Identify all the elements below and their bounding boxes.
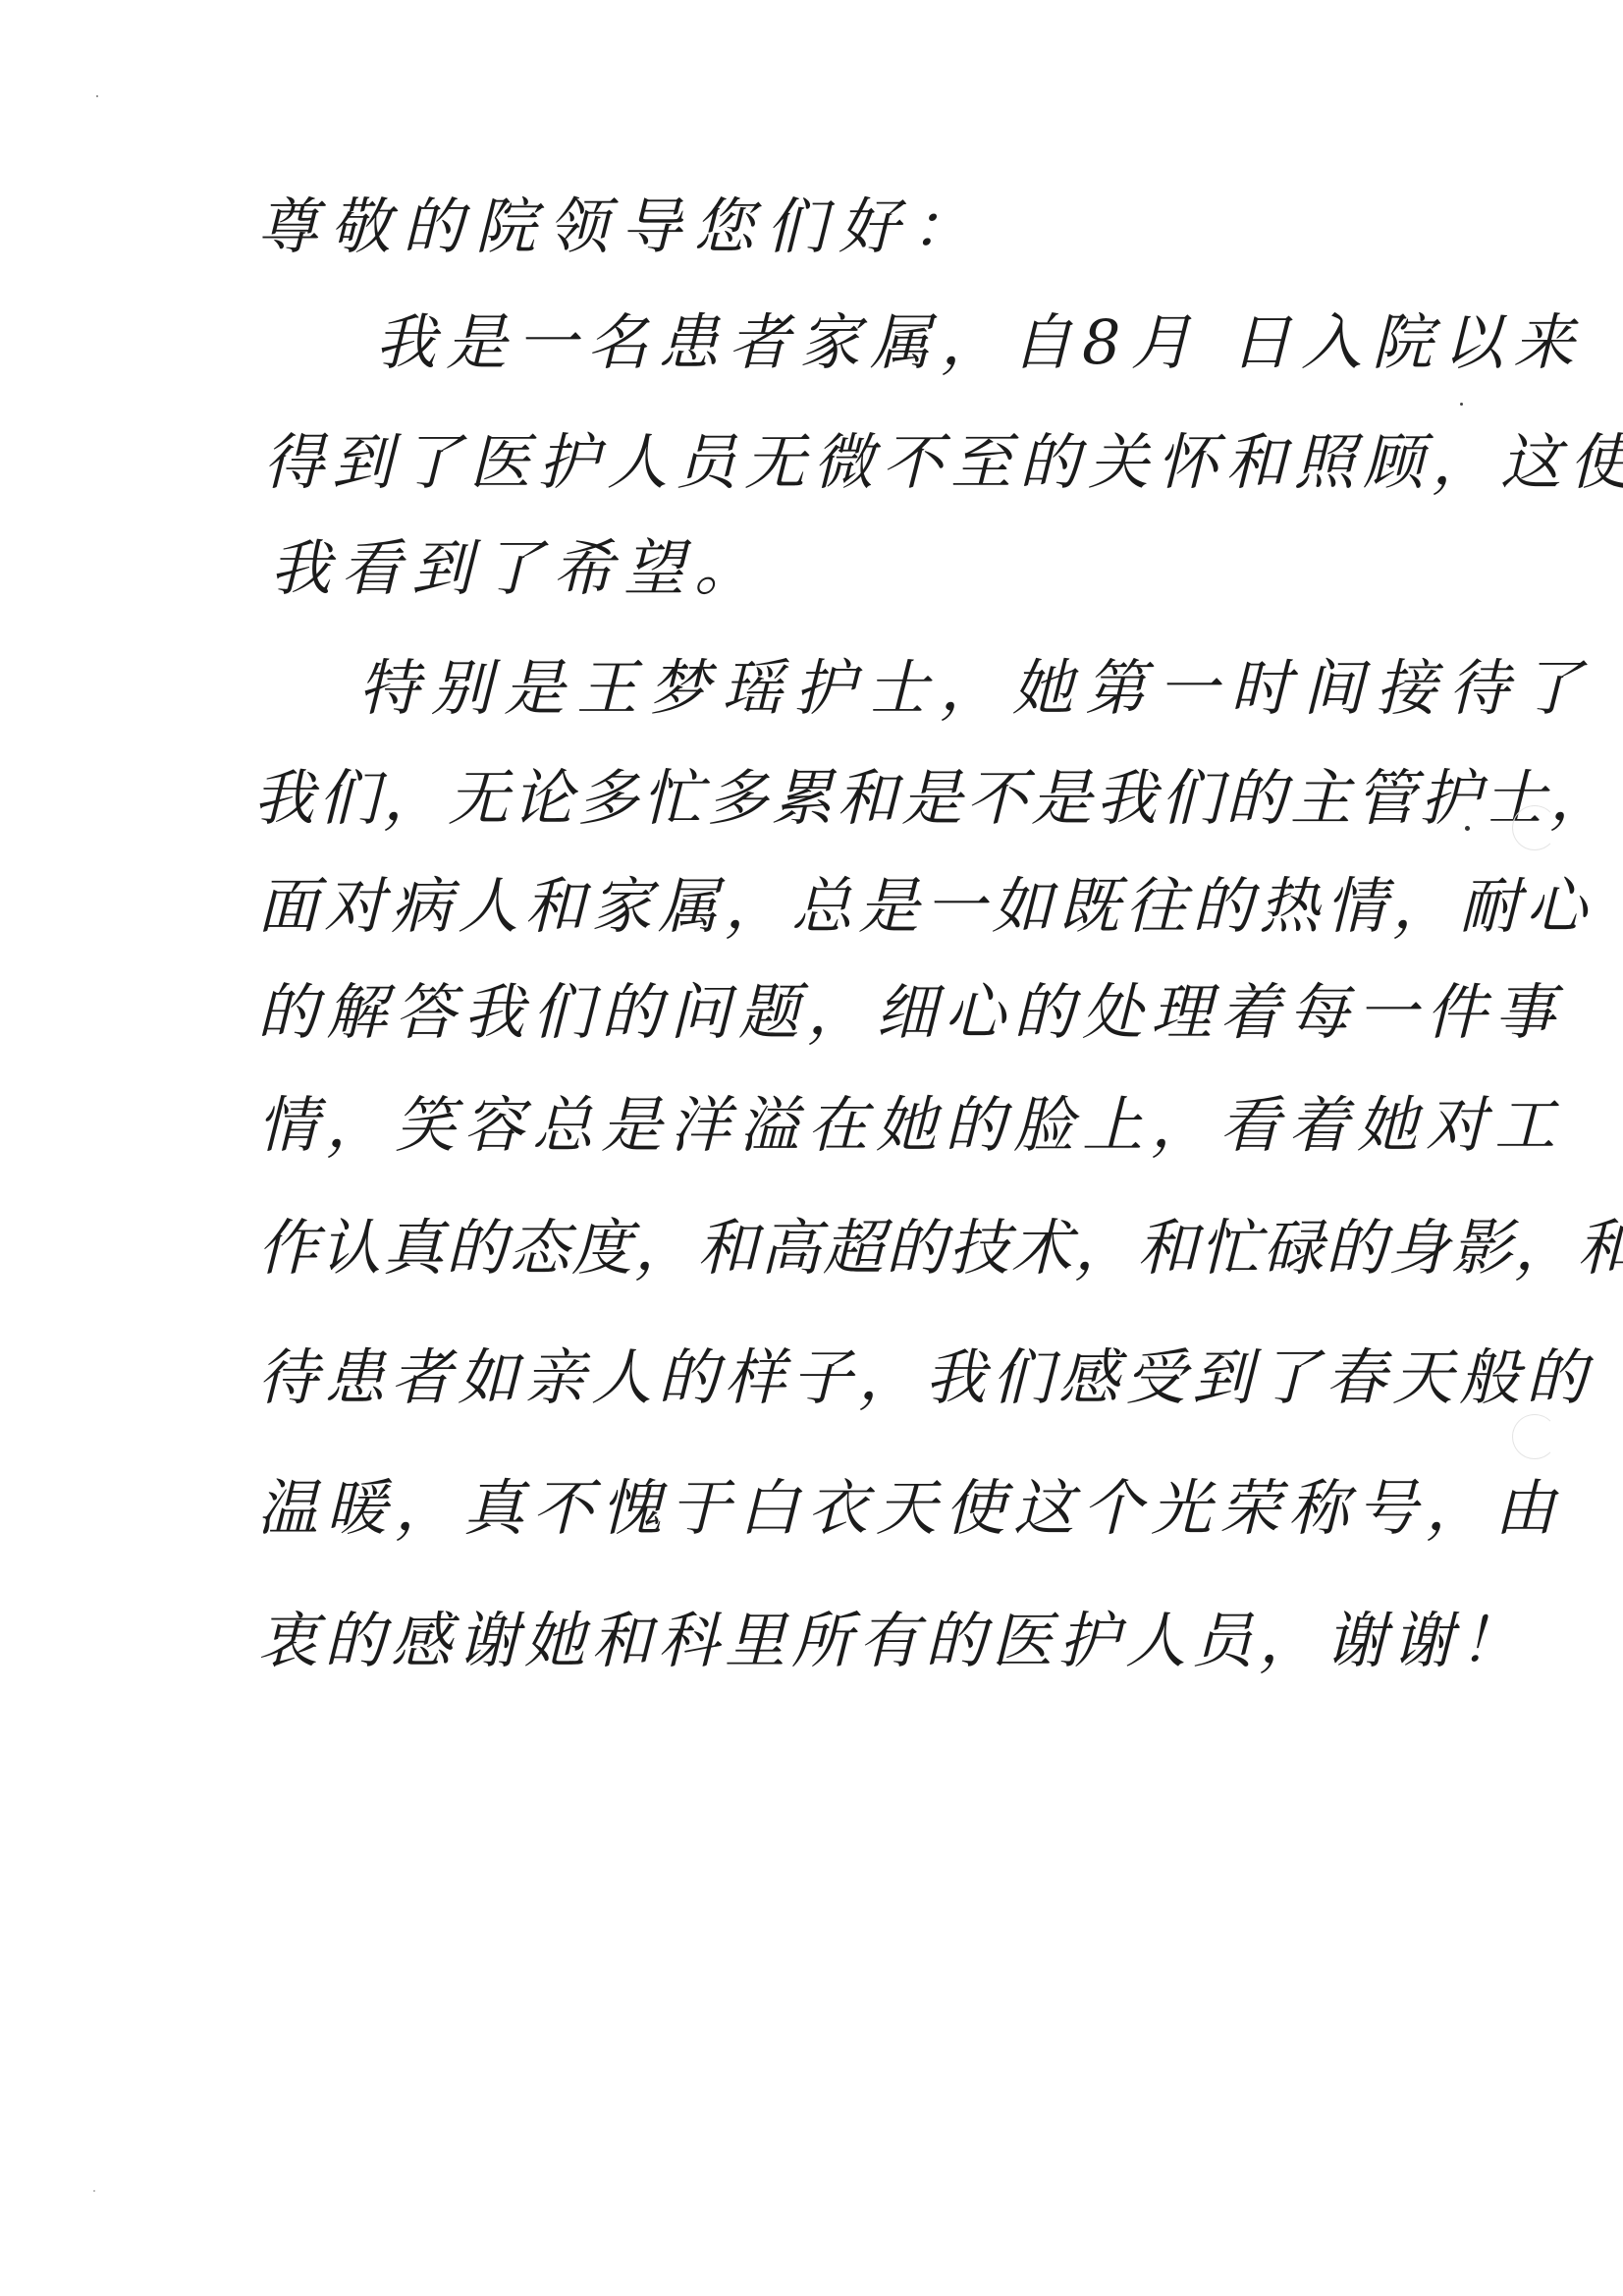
letter-salutation: 尊敬的院领导您们好： — [257, 196, 984, 257]
letter-line-10: 待患者如亲人的样子，我们感受到了春天般的 — [257, 1347, 1593, 1408]
scan-speck — [96, 95, 98, 97]
letter-line-1: 我是一名患者家属，自8月 日入院以来 — [375, 312, 1584, 373]
letter-line-7: 的解答我们的问题，细心的处理着每一件事 — [257, 982, 1563, 1043]
letter-line-9: 作认真的态度，和高超的技术，和忙碌的身影，和 — [257, 1218, 1623, 1279]
letter-line-6: 面对病人和家属，总是一如既往的热情，耐心 — [257, 876, 1593, 937]
scanned-letter-page: 尊敬的院领导您们好： 我是一名患者家属，自8月 日入院以来 得到了医护人员无微不… — [0, 0, 1623, 2296]
letter-line-3: 我看到了希望。 — [270, 538, 765, 599]
scan-speck — [93, 2190, 95, 2192]
letter-line-2: 得到了医护人员无微不至的关怀和照顾，这使 — [263, 432, 1623, 493]
letter-line-5: 我们，无论多忙多累和是不是我们的主管护士， — [253, 768, 1614, 829]
punch-hole-mark — [1512, 1414, 1557, 1459]
letter-line-12: 衷的感谢她和科里所有的医护人员，谢谢！ — [257, 1611, 1526, 1671]
scan-speck — [1465, 826, 1470, 831]
letter-line-11: 温暖，真不愧于白衣天使这个光荣称号，由 — [257, 1478, 1563, 1539]
letter-line-8: 情，笑容总是洋溢在她的脸上，看着她对工 — [257, 1095, 1563, 1156]
letter-line-4: 特别是王梦瑶护士，她第一时间接待了 — [358, 658, 1594, 719]
punch-hole-mark — [1512, 805, 1557, 850]
scan-speck — [1460, 403, 1463, 406]
